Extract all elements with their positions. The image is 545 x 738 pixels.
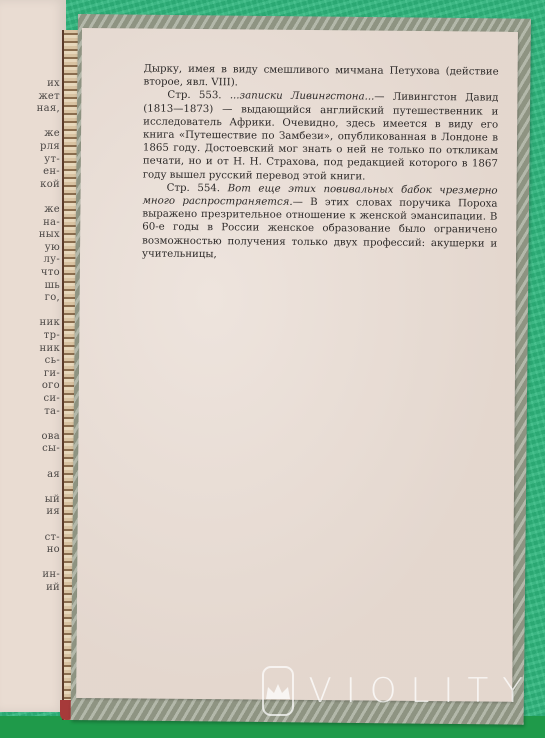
left-page-line-fragment: ий [46, 582, 60, 594]
left-page-line-fragment: сь- [45, 355, 60, 367]
left-page-line-fragment: ги- [44, 368, 60, 380]
paragraph-livingstone: Стр. 553. ...записки Ливингстона...— Лив… [143, 89, 499, 185]
left-page-line-fragment: ст- [45, 532, 60, 544]
left-page-line-fragment: лу- [43, 254, 60, 266]
left-page-line-fragment: ин- [42, 569, 60, 581]
left-page-line-fragment: го, [45, 292, 60, 304]
page-reference: Стр. 554. [167, 183, 228, 195]
left-page-line-fragment: жет [38, 91, 60, 103]
left-page-line-fragment: на- [43, 217, 60, 229]
left-page-line-fragment: кой [40, 179, 60, 191]
quoted-phrase: ...записки Ливингстона... [230, 91, 375, 103]
page-text: Дырку, имея в виду смешливого мичмана Пе… [142, 63, 499, 264]
left-page-line-fragment: что [41, 267, 60, 279]
left-page-line-fragment: сы- [42, 443, 60, 455]
left-page-line-fragment: та- [44, 406, 60, 418]
left-page-line-fragment: ник [40, 317, 60, 329]
watermark-text: VIOLITY [308, 671, 537, 711]
left-page-line-fragment: ных [39, 229, 60, 241]
left-page-line-fragment: ая [47, 469, 60, 481]
left-page-line-fragment: ую [45, 242, 60, 254]
left-page-line-fragment: ник [40, 343, 60, 355]
page-reference: Стр. 553. [167, 90, 230, 102]
left-page-line-fragment: ная, [37, 103, 60, 115]
paragraph-text: Дырку, имея в виду смешливого мичмана Пе… [143, 64, 498, 89]
left-page-line-fragment: ого [42, 380, 60, 392]
paragraph-midwives: Стр. 554. Вот еще этих повивальных бабок… [142, 181, 498, 263]
left-page-line-fragment: си- [43, 393, 60, 405]
paragraph-petukhov: Дырку, имея в виду смешливого мичмана Пе… [143, 63, 498, 93]
left-page-line-fragment: ый [45, 494, 60, 506]
left-page-line-fragment: ут- [44, 154, 60, 166]
left-page-line-fragment: их [47, 78, 60, 90]
left-page-line-fragment: рля [40, 141, 60, 153]
left-page-line-fragment: но [47, 544, 60, 556]
left-page-line-fragment: ия [46, 506, 60, 518]
left-page-line-fragment: ен- [43, 166, 60, 178]
commentary-text: — Ливингстон Давид (1813—1873) — выдающи… [143, 92, 499, 182]
left-page-line-fragment: тр- [44, 330, 60, 342]
left-page-line-fragment: же [44, 204, 60, 216]
left-page-line-fragment: ова [41, 431, 60, 443]
right-page: Дырку, имея в виду смешливого мичмана Пе… [76, 28, 518, 702]
left-page: ихжетная,жерляут-ен-койжена-ныхуюлу-чтош… [0, 0, 66, 712]
left-page-line-fragment: же [44, 128, 60, 140]
left-page-line-fragment: шь [45, 280, 60, 292]
violity-watermark: VIOLITY [262, 666, 537, 716]
crown-icon [262, 666, 294, 716]
